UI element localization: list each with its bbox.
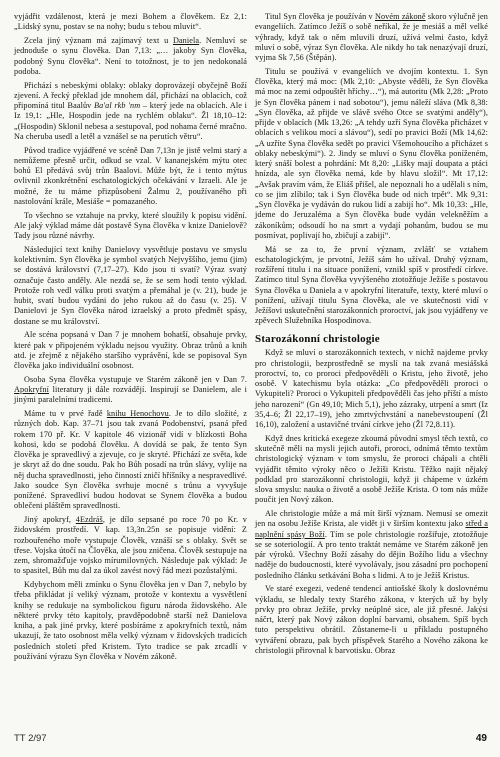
text-run: Titulu se používá v evangeliích ve dvojí… bbox=[255, 67, 488, 240]
underlined-term: Apokryfní bbox=[14, 385, 49, 394]
paragraph: Ale scéna popsaná v Dan 7 je mnohem boha… bbox=[14, 330, 247, 371]
paragraph: Následující text knihy Danielovy vysvětl… bbox=[14, 245, 247, 327]
text-run: Když se mluví o starozákonních textech, … bbox=[255, 348, 488, 429]
text-run: vyjádřit vzdálenost, která je mezi Bohem… bbox=[14, 12, 247, 31]
journal-page: vyjádřit vzdálenost, která je mezi Bohem… bbox=[0, 0, 500, 757]
text-run: Ale scéna popsaná v Dan 7 je mnohem boha… bbox=[14, 330, 247, 370]
paragraph: Titulu se používá v evangeliích ve dvojí… bbox=[255, 67, 488, 241]
underlined-term: knihu Henochovu bbox=[107, 409, 169, 418]
text-run: Následující text knihy Danielovy vysvětl… bbox=[14, 245, 247, 326]
text-run: Máme tu v prvé řadě bbox=[24, 409, 107, 418]
section-heading: Starozákonní christologie bbox=[255, 334, 488, 344]
paragraph: vyjádřit vzdálenost, která je mezi Bohem… bbox=[14, 12, 247, 33]
paragraph: Kdybychom měli zmínku o Synu člověka jen… bbox=[14, 580, 247, 662]
text-run: , je dílo sepsané po roce 70 po Kr. v ži… bbox=[14, 515, 247, 575]
text-run: Má se za to, že první význam, zvlášť se … bbox=[255, 245, 488, 326]
paragraph: Má se za to, že první význam, zvlášť se … bbox=[255, 245, 488, 327]
text-run: Ve staré exegezi, vedené tendencí antioš… bbox=[255, 584, 488, 655]
text-run: Původ tradice vyjádřené ve scéně Dan 7,1… bbox=[14, 146, 247, 206]
paragraph: Jiný apokryf, 4Ezdráš, je dílo sepsané p… bbox=[14, 515, 247, 577]
paragraph: Původ tradice vyjádřené ve scéně Dan 7,1… bbox=[14, 146, 247, 208]
page-footer: TT 2/97 49 bbox=[14, 733, 487, 744]
paragraph: Titul Syn člověka je používán v Novém zá… bbox=[255, 12, 488, 63]
paragraph: Máme tu v prvé řadě knihu Henochovu. Je … bbox=[14, 409, 247, 512]
text-run: . Je to dílo složité, z různých dob. Kap… bbox=[14, 409, 247, 510]
text-run: Když dnes kritická exegeze zkoumá původn… bbox=[255, 434, 488, 505]
underlined-term: 4Ezdráš bbox=[76, 515, 103, 524]
paragraph: Ale christologie může a má mít širší výz… bbox=[255, 509, 488, 581]
paragraph: Ve staré exegezi, vedené tendencí antioš… bbox=[255, 584, 488, 656]
journal-reference: TT 2/97 bbox=[14, 733, 47, 744]
text-run: literatury ji dále rozvádějí. Inspirují … bbox=[14, 385, 247, 404]
text-run: Ale christologie může a má mít širší výz… bbox=[255, 509, 488, 528]
text-run: Titul Syn člověka je používán v bbox=[265, 12, 375, 21]
text-run: Zcela jiný význam má zajímavý text u bbox=[24, 36, 173, 45]
text-run: To všechno se vztahuje na prvky, které s… bbox=[14, 211, 247, 241]
underlined-term: Daniela bbox=[173, 36, 199, 45]
paragraph: Když se mluví o starozákonních textech, … bbox=[255, 348, 488, 430]
italic-term: Ba'al rkb 'nm bbox=[94, 101, 140, 110]
paragraph: To všechno se vztahuje na prvky, které s… bbox=[14, 211, 247, 242]
paragraph: Osoba Syna člověka vystupuje ve Starém z… bbox=[14, 375, 247, 406]
text-run: Kdybychom měli zmínku o Synu člověka jen… bbox=[14, 580, 247, 661]
text-columns: vyjádřit vzdálenost, která je mezi Bohem… bbox=[0, 0, 500, 666]
paragraph: Zcela jiný význam má zajímavý text u Dan… bbox=[14, 36, 247, 77]
text-run: Jiný apokryf, bbox=[24, 515, 76, 524]
underlined-term: Novém zákoně bbox=[375, 12, 426, 21]
left-column: vyjádřit vzdálenost, která je mezi Bohem… bbox=[14, 12, 247, 666]
paragraph: Když dnes kritická exegeze zkoumá původn… bbox=[255, 434, 488, 506]
page-number: 49 bbox=[476, 733, 487, 744]
right-column: Titul Syn člověka je používán v Novém zá… bbox=[255, 12, 488, 666]
paragraph: Přichází s nebeskými oblaky: oblaky dopr… bbox=[14, 81, 247, 143]
text-run: Osoba Syna člověka vystupuje ve Starém z… bbox=[24, 375, 247, 384]
